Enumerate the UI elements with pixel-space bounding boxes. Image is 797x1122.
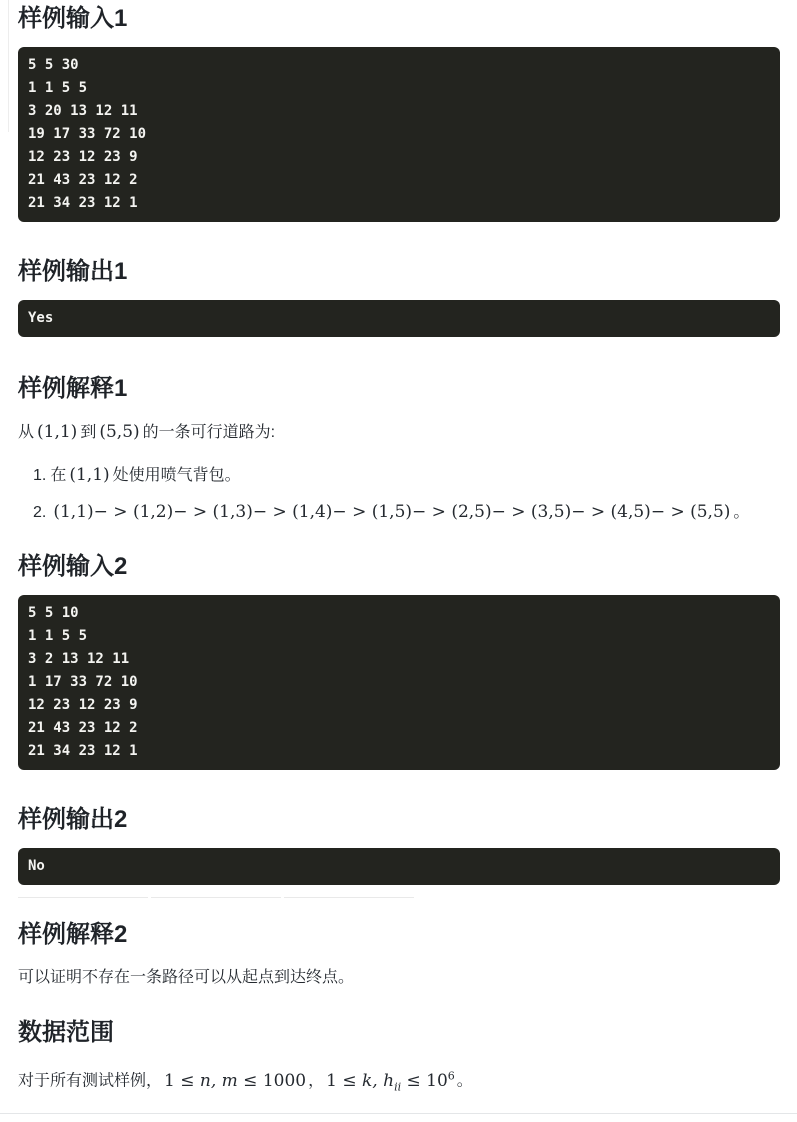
sample-input-1-heading: 样例输入1 xyxy=(18,5,780,33)
sample-explanation-2-heading: 样例解释2 xyxy=(18,921,780,949)
intro-text-pre: 从 xyxy=(18,424,34,441)
step-1-text-pre: 在 xyxy=(50,467,66,484)
sample-output-1-code: Yes xyxy=(18,300,780,337)
step-2-content: (1,1)− > (1,2)− > (1,3)− > (1,4)− > (1,5… xyxy=(50,497,780,528)
bottom-divider xyxy=(0,1113,797,1114)
math-inequality-kh: 1 ≤ k, hii ≤ 106 xyxy=(326,1071,455,1091)
sample-output-2-code: No xyxy=(18,848,780,885)
sample-input-2-heading: 样例输入2 xyxy=(18,553,780,581)
divider-segment xyxy=(284,897,414,898)
step-item-1: 1. 在(1,1)处使用喷气背包。 xyxy=(33,460,780,491)
problem-statement-page: 样例输入1 5 5 30 1 1 5 5 3 20 13 12 11 19 17… xyxy=(0,0,797,1102)
math-start-point: (1,1) xyxy=(37,422,77,442)
step-2-text-post: 。 xyxy=(733,504,749,521)
section-divider xyxy=(18,897,414,898)
math-path: (1,1)− > (1,2)− > (1,3)− > (1,4)− > (1,5… xyxy=(53,502,730,522)
sample-output-2-heading: 样例输出2 xyxy=(18,806,780,834)
constraints-comma: ， xyxy=(308,1073,324,1090)
explanation-2-text: 可以证明不存在一条路径可以从起点到达终点。 xyxy=(18,965,780,991)
constraints-lead: 对于所有测试样例， xyxy=(18,1073,162,1090)
list-marker: 2. xyxy=(33,497,46,528)
step-item-2: 2. (1,1)− > (1,2)− > (1,3)− > (1,4)− > (… xyxy=(33,497,780,528)
step-1-text-post: 处使用喷气背包。 xyxy=(113,467,241,484)
constraints-text: 对于所有测试样例，1 ≤ n, m ≤ 1000，1 ≤ k, hii ≤ 10… xyxy=(18,1061,780,1102)
data-range-heading: 数据范围 xyxy=(18,1019,780,1047)
intro-text-mid: 到 xyxy=(80,424,96,441)
sample-input-2-code: 5 5 10 1 1 5 5 3 2 13 12 11 1 17 33 72 1… xyxy=(18,595,780,770)
sample-input-1-code: 5 5 30 1 1 5 5 3 20 13 12 11 19 17 33 72… xyxy=(18,47,780,222)
math-end-point: (5,5) xyxy=(99,422,139,442)
math-point: (1,1) xyxy=(69,465,109,485)
explanation-1-intro: 从(1,1)到(5,5)的一条可行道路为: xyxy=(18,417,780,448)
left-edge-divider xyxy=(8,0,9,132)
sample-explanation-1-heading: 样例解释1 xyxy=(18,375,780,403)
sample-output-1-heading: 样例输出1 xyxy=(18,258,780,286)
constraints-tail: 。 xyxy=(457,1073,473,1090)
list-marker: 1. xyxy=(33,460,46,491)
math-inequality-nm: 1 ≤ n, m ≤ 1000 xyxy=(164,1071,306,1091)
step-1-content: 在(1,1)处使用喷气背包。 xyxy=(50,460,780,491)
divider-segment xyxy=(18,897,148,898)
intro-text-post: 的一条可行道路为: xyxy=(143,424,275,441)
explanation-1-steps: 1. 在(1,1)处使用喷气背包。 2. (1,1)− > (1,2)− > (… xyxy=(18,460,780,528)
divider-segment xyxy=(151,897,281,898)
